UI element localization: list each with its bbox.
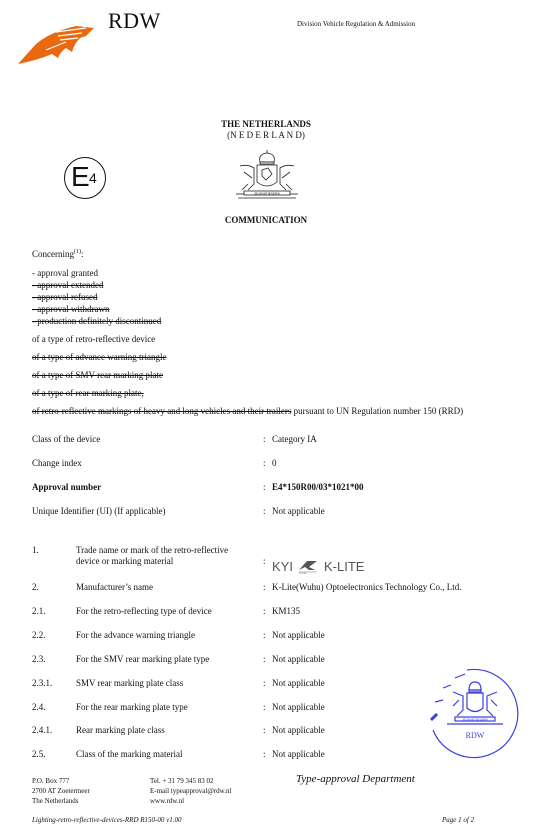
item-2-1: 2.1. For the retro-reflecting type of de… — [0, 606, 544, 620]
footer-address-line-2: 2700 AT Zoetermeer — [32, 787, 90, 795]
item-2-2: 2.2. For the advance warning triangle : … — [0, 630, 544, 644]
footer-email[interactable]: E-mail typeapproval@rdw.nl — [150, 787, 231, 795]
country-title: THE NETHERLANDS — [0, 119, 532, 129]
approval-mark: E 4 — [64, 157, 106, 199]
summary-change-index: Change index : 0 — [0, 458, 544, 472]
status-approval-extended: - approval extended — [32, 280, 103, 290]
footer-website[interactable]: www.rdw.nl — [150, 797, 184, 805]
document-type: COMMUNICATION — [0, 215, 532, 225]
page-number: Page 1 of 2 — [442, 816, 474, 824]
rdw-logo-text: RDW — [108, 8, 161, 34]
document-reference: Lighting-retro-reflective-devices-RRD R1… — [32, 816, 181, 824]
regulation-line: of retro-reflective markings of heavy an… — [32, 406, 463, 416]
footer-phone: Tel. + 31 79 345 83 02 — [150, 777, 214, 785]
rdw-stamp-icon: JE MAINTIENDRAI RDW — [425, 660, 525, 760]
concerning-label: Concerning(1): — [32, 249, 84, 259]
item-2-manufacturer: 2. Manufacturer’s name : K-Lite(Wuhu) Op… — [0, 582, 544, 596]
svg-text:JE MAINTIENDRAI: JE MAINTIENDRAI — [254, 192, 280, 196]
summary-approval-number: Approval number : E4*150R00/03*1021*00 — [0, 482, 544, 496]
coat-of-arms-icon: JE MAINTIENDRAI — [232, 150, 302, 202]
status-approval-withdrawn: - approval withdrawn — [32, 304, 109, 314]
status-approval-granted: - approval granted — [32, 268, 98, 278]
type-retro-reflective-device: of a type of retro-reflective device — [32, 334, 155, 344]
type-advance-warning-triangle: of a type of advance warning triangle — [32, 352, 166, 362]
type-rear-marking-plate: of a type of rear marking plate, — [32, 388, 144, 398]
country-native: (N E D E R L A N D) — [0, 130, 532, 140]
status-approval-refused: - approval refused — [32, 292, 97, 302]
type-smv-rear-marking-plate: of a type of SMV rear marking plate — [32, 370, 163, 380]
status-production-discontinued: - production definitely discontinued — [32, 316, 161, 326]
footer-address-line-3: The Netherlands — [32, 797, 78, 805]
svg-text:JE MAINTIENDRAI: JE MAINTIENDRAI — [462, 718, 488, 722]
svg-text:RDW: RDW — [466, 731, 485, 740]
department-name: Type-approval Department — [296, 773, 415, 785]
summary-class: Class of the device : Category IA — [0, 434, 544, 448]
footer-address-line-1: P.O. Box 777 — [32, 777, 69, 785]
summary-unique-identifier: Unique Identifier (UI) (If applicable) :… — [0, 506, 544, 520]
division-name: Division Vehicle Regulation & Admission — [297, 20, 415, 28]
rdw-feather-icon — [16, 22, 96, 66]
